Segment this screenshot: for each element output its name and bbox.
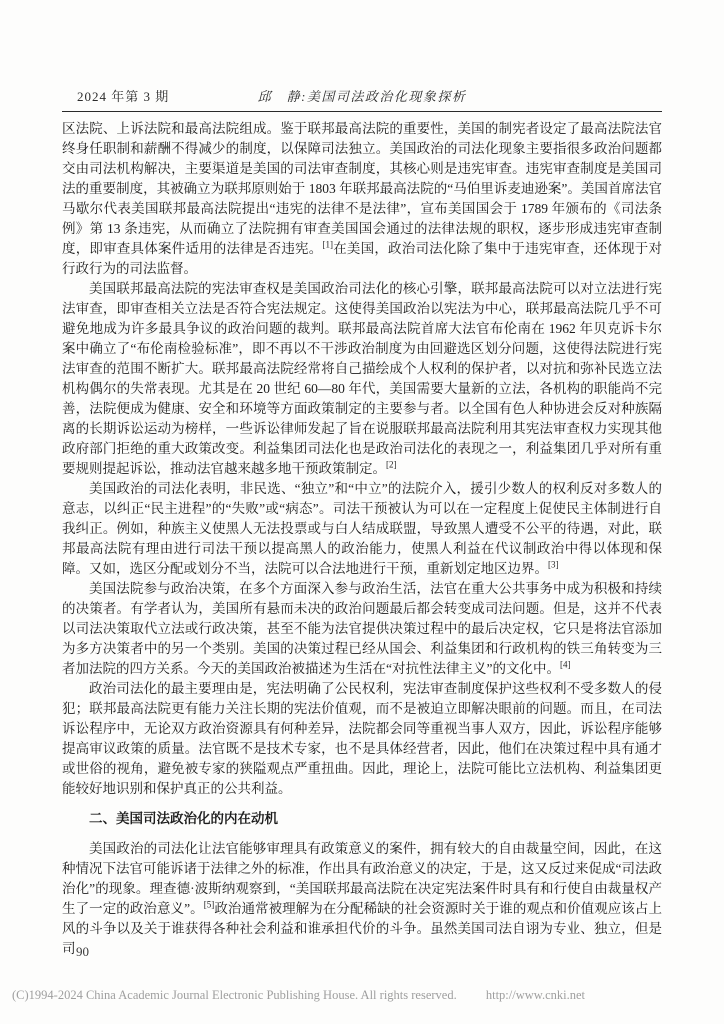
text-run: 美国联邦最高法院的宪法审查权是美国政治司法化的核心引擎，联邦最高法院可以对立法进… xyxy=(62,281,662,476)
running-title: 邱 静:美国司法政治化现象探析 xyxy=(62,86,662,105)
copyright-text: (C)1994-2024 China Academic Journal Elec… xyxy=(12,988,457,1002)
journal-page: 2024 年第 3 期 邱 静:美国司法政治化现象探析 区法院、上诉法院和最高法… xyxy=(0,0,724,1024)
text-run: 美国政治的司法化表明，非民选、“独立”和“中立”的法院介入，援引少数人的权利反对… xyxy=(62,481,662,576)
cnki-url: http://www.cnki.net xyxy=(486,988,585,1002)
paragraph: 区法院、上诉法院和最高法院组成。鉴于联邦最高法院的重要性，美国的制宪者设定了最高… xyxy=(62,119,662,279)
page-number: 90 xyxy=(76,944,89,960)
paragraph: 美国法院参与政治决策，在多个方面深入参与政治生活，法官在重大公共事务中成为积极和… xyxy=(62,579,662,679)
text-run: 二、美国司法政治化的内在动机 xyxy=(89,811,278,826)
footnote-ref: [3] xyxy=(548,560,559,570)
paragraph: 美国联邦最高法院的宪法审查权是美国政治司法化的核心引擎，联邦最高法院可以对立法进… xyxy=(62,279,662,479)
text-run: 政治司法化的最主要理由是，宪法明确了公民权利，宪法审查制度保护这些权利不受多数人… xyxy=(62,681,662,796)
section-heading: 二、美国司法政治化的内在动机 xyxy=(62,809,662,829)
article-body: 区法院、上诉法院和最高法院组成。鉴于联邦最高法院的重要性，美国的制宪者设定了最高… xyxy=(62,119,662,959)
paragraph: 政治司法化的最主要理由是，宪法明确了公民权利，宪法审查制度保护这些权利不受多数人… xyxy=(62,679,662,799)
copyright-footer: (C)1994-2024 China Academic Journal Elec… xyxy=(12,988,585,1003)
footnote-ref: [2] xyxy=(386,460,397,470)
paragraph: 美国政治的司法化让法官能够审理具有政策意义的案件，拥有较大的自由裁量空间，因此，… xyxy=(62,839,662,959)
page-header: 2024 年第 3 期 邱 静:美国司法政治化现象探析 xyxy=(62,86,662,104)
paragraph: 美国政治的司法化表明，非民选、“独立”和“中立”的法院介入，援引少数人的权利反对… xyxy=(62,479,662,579)
header-rule xyxy=(62,111,662,112)
footnote-ref: [5] xyxy=(204,900,215,910)
footnote-ref: [4] xyxy=(560,660,571,670)
text-run: 美国法院参与政治决策，在多个方面深入参与政治生活，法官在重大公共事务中成为积极和… xyxy=(62,581,662,676)
text-run: 区法院、上诉法院和最高法院组成。鉴于联邦最高法院的重要性，美国的制宪者设定了最高… xyxy=(62,121,662,256)
footnote-ref: [1] xyxy=(322,240,333,250)
